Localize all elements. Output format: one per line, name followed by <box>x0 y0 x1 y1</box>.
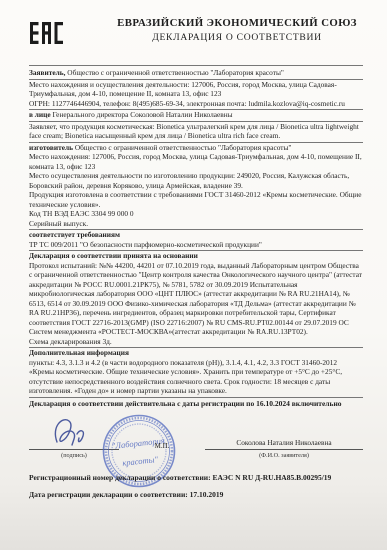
registration-date-value: 17.10.2019 <box>190 490 224 499</box>
union-title: ЕВРАЗИЙСКИЙ ЭКОНОМИЧЕСКИЙ СОЮЗ <box>111 17 363 29</box>
gost-reference: Продукция изготовлена в соответствии с т… <box>29 190 363 209</box>
basis-text: Протокол испытаний: №№ 44200, 44201 от 0… <box>29 261 363 337</box>
signature-block: "Лаборатория красоты" (подпись) М.П. Сок… <box>29 416 363 460</box>
applicant-label: Заявитель, <box>29 68 65 77</box>
manufacturer-line: изготовитель Общество с ограниченной отв… <box>29 143 363 153</box>
registration-number-value: ЕАЭС N RU Д-RU.НА85.В.00295/19 <box>213 473 332 482</box>
fio-caption: (Ф.И.О. заявителя) <box>205 450 363 461</box>
signature-ink-icon <box>47 414 95 453</box>
stamp-place-label: М.П. <box>155 442 170 452</box>
applicant-representative: в лице Генерального директора Соколовой … <box>29 110 363 122</box>
declaration-document: ЕВРАЗИЙСКИЙ ЭКОНОМИЧЕСКИЙ СОЮЗ ДЕКЛАРАЦИ… <box>0 0 387 550</box>
production-site: Место осуществления деятельности по изго… <box>29 171 363 190</box>
tnved-code: Код ТН ВЭД ЕАЭС 3304 99 000 0 <box>29 209 363 219</box>
fio-area: Соколова Наталия Николаевна (Ф.И.О. заяв… <box>205 416 363 460</box>
registration-number-line: Регистрационный номер декларации о соотв… <box>29 473 363 482</box>
basis-heading: Декларация о соответствии принята на осн… <box>29 251 363 261</box>
registration-date-line: Дата регистрации декларации о соответств… <box>29 490 363 499</box>
applicant-fio: Соколова Наталия Николаевна <box>205 438 363 448</box>
product-claims: Заявляет, что продукция косметическая: B… <box>29 122 363 143</box>
technical-regulation: ТР ТС 009/2011 "О безопасности парфюмерн… <box>29 240 363 252</box>
eac-mark-icon <box>30 16 63 55</box>
manufacturer-name: Общество с ограниченной ответственностью… <box>75 143 292 152</box>
in-person-label: в лице <box>29 110 51 119</box>
registration-number-label: Регистрационный номер декларации о соотв… <box>29 473 211 482</box>
applicant-address: Место нахождения и осуществления деятель… <box>29 80 363 99</box>
registration-date-label: Дата регистрации декларации о соответств… <box>29 490 188 499</box>
applicant-name: Общество с ограниченной ответственностью… <box>67 68 284 77</box>
document-header: ЕВРАЗИЙСКИЙ ЭКОНОМИЧЕСКИЙ СОЮЗ ДЕКЛАРАЦИ… <box>29 14 363 60</box>
additional-info-text: пункты: 4.3, 3.1.3 и 4.2 (в части водоро… <box>29 358 363 398</box>
document-title: ДЕКЛАРАЦИЯ О СООТВЕТСТВИИ <box>111 32 363 43</box>
document-content: ЕВРАЗИЙСКИЙ ЭКОНОМИЧЕСКИЙ СОЮЗ ДЕКЛАРАЦИ… <box>29 0 363 507</box>
applicant-ogrn: ОГРН: 1127746446904, телефон: 8(495)685-… <box>29 99 363 111</box>
declaration-scheme: Схема декларирования 3д. <box>29 337 363 349</box>
in-person-name: Генерального директора Соколовой Наталии… <box>53 110 233 119</box>
additional-info-heading: Дополнительная информация <box>29 348 363 358</box>
compliance-heading: соответствует требованиям <box>29 230 363 240</box>
stamp-area: М.П. <box>119 416 205 460</box>
header-titles: ЕВРАЗИЙСКИЙ ЭКОНОМИЧЕСКИЙ СОЮЗ ДЕКЛАРАЦИ… <box>111 14 363 43</box>
validity-statement: Декларация о соответствии действительна … <box>29 398 363 409</box>
manufacturer-label: изготовитель <box>29 143 73 152</box>
serial-release: Серийный выпуск. <box>29 219 363 231</box>
registration-block: Регистрационный номер декларации о соотв… <box>29 473 363 499</box>
manufacturer-address: Место нахождения: 127006, Россия, город … <box>29 152 363 171</box>
applicant-line: Заявитель, Общество с ограниченной ответ… <box>29 65 363 80</box>
document-body: Заявитель, Общество с ограниченной ответ… <box>29 65 363 499</box>
